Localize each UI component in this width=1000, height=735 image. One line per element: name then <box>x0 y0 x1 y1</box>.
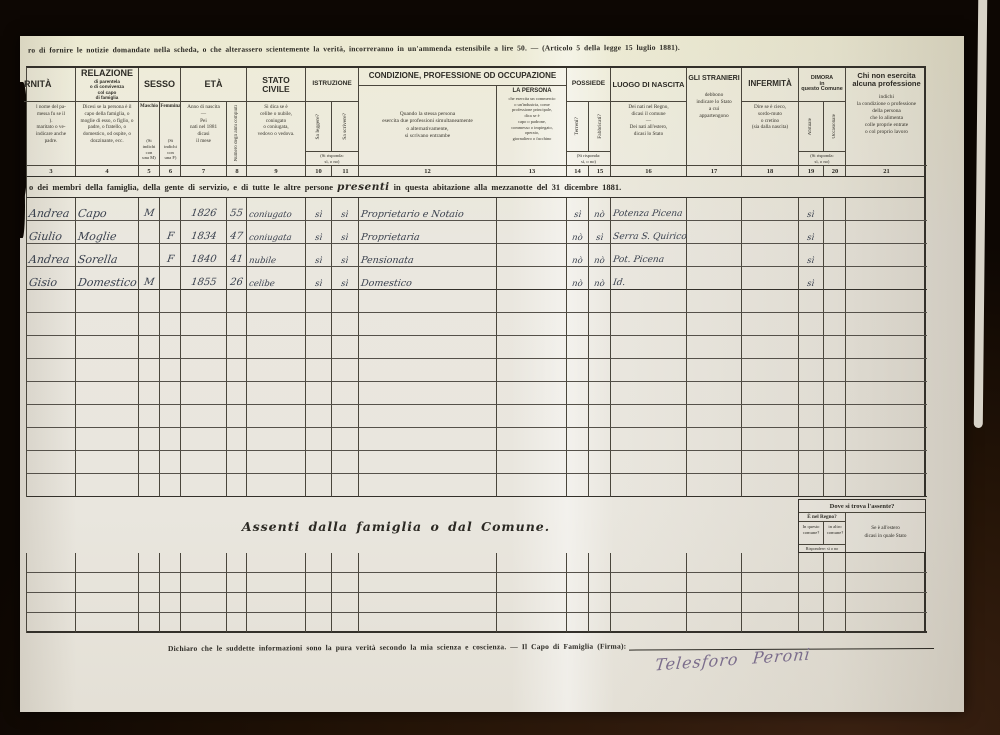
photo-background: { "notice": "ro di fornire le notizie do… <box>0 0 1000 735</box>
cell-professione: Proprietaria <box>359 221 497 244</box>
col-relazione: RELAZIONE di parentela o di convivenza c… <box>76 68 139 176</box>
banner-suffix: in questa abitazione alla mezzanotte del… <box>394 182 622 192</box>
cell-stranieri <box>687 244 742 267</box>
col-eta: ETÀ Anno di nascita — Pei nati nel 1881 … <box>181 68 247 176</box>
table-row-empty <box>27 613 924 633</box>
subcol-maschio: Maschio (Si indichi con una M) <box>139 102 160 165</box>
cell-dimora-occasionale <box>824 221 846 244</box>
assenti-section-header: Assenti dalla famiglia o dal Comune. Dov… <box>26 497 926 553</box>
cell-professione: Pensionata <box>359 244 497 267</box>
empty-rows <box>26 290 926 497</box>
cell-sa-leggere: sì <box>306 244 332 267</box>
cell-paternita: Giulio <box>27 221 76 244</box>
cell-paternita: Gisio <box>27 267 76 290</box>
cell-stranieri <box>687 267 742 290</box>
table-row-empty <box>27 359 924 382</box>
altro-comune-label: in altro comune? <box>824 522 846 544</box>
cell-fabbricati: nò <box>589 267 611 290</box>
cell-relazione: Sorella <box>76 244 139 267</box>
cell-anno: 1826 <box>181 198 227 221</box>
col-number-8: 8 <box>227 166 247 176</box>
col-number-6: 6 <box>160 166 181 176</box>
torn-edge <box>20 174 25 238</box>
regno-question: È nel Regno? <box>799 513 845 522</box>
dove-si-trova-box: Dove si trova l'assente? È nel Regno? In… <box>798 499 926 553</box>
cell-chi-non-esercita <box>846 244 927 267</box>
estero-label: Se è all'estero dicasi in quale Stato <box>846 513 925 552</box>
col-condizione-title: CONDIZIONE, PROFESSIONE OD OCCUPAZIONE <box>359 68 566 86</box>
cell-stato-civile: nubile <box>247 244 306 267</box>
cell-femmina: F <box>160 244 181 267</box>
col-possiede-title: POSSIEDE <box>567 68 610 102</box>
cell-femmina <box>160 198 181 221</box>
col-chi-non-esercita: Chi non esercita alcuna professione indi… <box>846 68 927 176</box>
cell-terreni: nò <box>567 267 589 290</box>
dove-box-title: Dove si trova l'assente? <box>799 500 925 513</box>
cell-paternita: Andrea <box>27 244 76 267</box>
table-row-empty <box>27 451 924 474</box>
col-chi-non-desc: indichi la condizione o professione dell… <box>846 92 927 165</box>
cell-relazione: Domestico <box>76 267 139 290</box>
cell-terreni: nò <box>567 244 589 267</box>
col-number-17: 17 <box>687 165 741 176</box>
cell-maschio: M <box>139 198 160 221</box>
col-number-12: 12 <box>359 166 497 176</box>
col-number-20: 20 <box>824 166 846 176</box>
cell-luogo-nascita: Serra S. Quirico <box>611 221 687 244</box>
assenti-title: Assenti dalla famiglia o dal Comune. <box>231 519 561 534</box>
subcol-abituale: Abituale <box>799 102 824 151</box>
col-number-18: 18 <box>742 165 798 176</box>
cell-anno: 1834 <box>181 221 227 244</box>
cell-paternita: Andrea <box>27 198 76 221</box>
col-infermita: INFERMITÀ Dire se è cieco, sordo-muto o … <box>742 68 799 176</box>
istruzione-note: (Si risponda: sì, o no) <box>306 151 358 165</box>
subcol-anno-nascita: Anno di nascita — Pei nati nel 1881 dica… <box>181 102 227 165</box>
cell-terreni: nò <box>567 221 589 244</box>
subcol-femmina: Femmina (Si indichi con una F) <box>160 102 180 165</box>
col-number-4: 4 <box>76 165 138 176</box>
cell-anno: 1840 <box>181 244 227 267</box>
cell-maschio: M <box>139 267 160 290</box>
family-members-rows: Andrea Capo M 1826 55 coniugato sì sì Pr… <box>26 198 926 290</box>
col-condizione: CONDIZIONE, PROFESSIONE OD OCCUPAZIONE Q… <box>359 68 567 176</box>
cell-chi-non-esercita <box>846 267 927 290</box>
col-luogo-nascita: LUOGO DI NASCITA Dei nati nel Regno, dic… <box>611 68 687 176</box>
col-number-16: 16 <box>611 165 686 176</box>
col-dimora: DIMORA in questo Comune Abituale Occasio… <box>799 68 846 176</box>
subcol-sa-leggere: Sa leggere? <box>306 102 332 151</box>
table-header: RNITÀ l nome del pa- messa fu se il ). m… <box>26 66 926 176</box>
table-row-empty <box>27 553 924 573</box>
cell-femmina <box>160 267 181 290</box>
col-stato-civile: STATO CIVILE Si dica se è celibe o nubil… <box>247 68 306 176</box>
cell-stranieri <box>687 221 742 244</box>
cell-fabbricati: nò <box>589 244 611 267</box>
table-row-empty <box>27 474 924 497</box>
subcol-due-professioni: Quando la stessa persona esercita due pr… <box>359 86 497 165</box>
col-paternita-desc: l nome del pa- messa fu se il ). maritat… <box>27 102 75 165</box>
cell-anni: 47 <box>227 221 247 244</box>
subcol-la-persona: LA PERSONA che esercita un commercio o u… <box>497 86 566 165</box>
table-row-empty <box>27 382 924 405</box>
cell-dimora-abituale: sì <box>799 244 824 267</box>
table-row: Giulio Moglie F 1834 47 coniugata sì sì … <box>27 221 924 244</box>
cell-relazione: Capo <box>76 198 139 221</box>
cell-sa-leggere: sì <box>306 221 332 244</box>
cell-la-persona <box>497 198 567 221</box>
table-row-empty <box>27 313 924 336</box>
assenti-rows <box>26 553 926 633</box>
col-stato-civile-desc: Si dica se è celibe o nubile, coniugato … <box>247 102 305 165</box>
col-infermita-title: INFERMITÀ <box>742 68 798 102</box>
col-eta-title: ETÀ <box>181 68 246 102</box>
col-number-3: 3 <box>27 165 75 176</box>
cell-anno: 1855 <box>181 267 227 290</box>
col-stranieri-desc: debbono indicare lo Stato a cui apparten… <box>687 90 741 165</box>
cell-stato-civile: celibe <box>247 267 306 290</box>
cell-anni: 55 <box>227 198 247 221</box>
col-dimora-title: DIMORA in questo Comune <box>799 68 845 102</box>
questo-comune-label: In questo comune? <box>799 522 824 544</box>
cell-dimora-abituale: sì <box>799 221 824 244</box>
col-stato-civile-title: STATO CIVILE <box>247 68 305 102</box>
table-row: Andrea Sorella F 1840 41 nubile sì sì Pe… <box>27 244 924 267</box>
cell-dimora-occasionale <box>824 267 846 290</box>
subcol-sa-scrivere: Sa scrivere? <box>332 102 358 151</box>
table-row: Gisio Domestico M 1855 26 celibe sì sì D… <box>27 267 924 290</box>
col-number-9: 9 <box>247 165 305 176</box>
cell-luogo-nascita: Potenza Picena <box>611 198 687 221</box>
table-row-empty <box>27 573 924 593</box>
col-relazione-title: RELAZIONE <box>81 69 133 78</box>
cell-sa-scrivere: sì <box>332 198 359 221</box>
subcol-fabbricati: Fabbricati? <box>589 102 610 151</box>
table-row-empty <box>27 336 924 359</box>
subcol-anni-compiuti: Numero degli anni compiuti <box>227 102 246 165</box>
cell-maschio <box>139 221 160 244</box>
cell-dimora-abituale: sì <box>799 198 824 221</box>
cell-infermita <box>742 198 799 221</box>
cell-sa-scrivere: sì <box>332 267 359 290</box>
cell-luogo-nascita: Pot. Picena <box>611 244 687 267</box>
table-row-empty <box>27 428 924 451</box>
cell-sa-scrivere: sì <box>332 221 359 244</box>
presenti-banner: o dei membri della famiglia, della gente… <box>26 176 926 198</box>
cell-terreni: sì <box>567 198 589 221</box>
col-number-10: 10 <box>306 166 332 176</box>
col-luogo-title: LUOGO DI NASCITA <box>611 68 686 102</box>
col-number-5: 5 <box>139 166 160 176</box>
cell-dimora-abituale: sì <box>799 267 824 290</box>
dimora-note: (Si risponda: sì, o no) <box>799 151 845 165</box>
table-row: Andrea Capo M 1826 55 coniugato sì sì Pr… <box>27 198 924 221</box>
col-paternita: RNITÀ l nome del pa- messa fu se il ). m… <box>27 68 76 176</box>
table-row-empty <box>27 290 924 313</box>
cell-sa-scrivere: sì <box>332 244 359 267</box>
table-row-empty <box>27 593 924 613</box>
col-sesso: SESSO Maschio (Si indichi con una M) Fem… <box>139 68 181 176</box>
col-number-19: 19 <box>799 166 824 176</box>
col-chi-non-title: Chi non esercita alcuna professione <box>846 68 927 92</box>
cell-maschio <box>139 244 160 267</box>
col-number-11: 11 <box>332 166 359 176</box>
cell-stato-civile: coniugato <box>247 198 306 221</box>
cell-fabbricati: nò <box>589 198 611 221</box>
table-row-empty <box>27 405 924 428</box>
col-number-14: 14 <box>567 166 589 176</box>
cell-luogo-nascita: Id. <box>611 267 687 290</box>
col-number-7: 7 <box>181 166 227 176</box>
scanner-edge-artifact <box>974 0 987 428</box>
cell-dimora-occasionale <box>824 244 846 267</box>
cell-professione: Domestico <box>359 267 497 290</box>
cell-chi-non-esercita <box>846 221 927 244</box>
cell-sa-leggere: sì <box>306 267 332 290</box>
cell-infermita <box>742 244 799 267</box>
col-istruzione: ISTRUZIONE Sa leggere? Sa scrivere? (Si … <box>306 68 359 176</box>
col-paternita-title: RNITÀ <box>24 68 75 102</box>
col-number-15: 15 <box>589 166 611 176</box>
banner-presenti: presenti <box>337 181 390 193</box>
cell-dimora-occasionale <box>824 198 846 221</box>
cell-chi-non-esercita <box>846 198 927 221</box>
legal-notice: ro di fornire le notizie domandate nella… <box>28 42 784 54</box>
cell-la-persona <box>497 267 567 290</box>
rispondere-note: Rispondere: sì o no <box>799 544 845 552</box>
cell-stato-civile: coniugata <box>247 221 306 244</box>
col-stranieri-title: GLI STRANIERI <box>687 68 741 90</box>
col-luogo-desc: Dei nati nel Regno, dicasi il comune — D… <box>611 102 686 165</box>
cell-fabbricati: sì <box>589 221 611 244</box>
col-istruzione-title: ISTRUZIONE <box>306 68 358 102</box>
cell-sa-leggere: sì <box>306 198 332 221</box>
col-number-21: 21 <box>846 165 927 176</box>
cell-stranieri <box>687 198 742 221</box>
cell-infermita <box>742 221 799 244</box>
cell-professione: Proprietario e Notaio <box>359 198 497 221</box>
cell-anni: 41 <box>227 244 247 267</box>
cell-la-persona <box>497 221 567 244</box>
cell-femmina: F <box>160 221 181 244</box>
subcol-terreni: Terreni? <box>567 102 589 151</box>
col-stranieri: GLI STRANIERI debbono indicare lo Stato … <box>687 68 742 176</box>
col-number-13: 13 <box>497 166 567 176</box>
subcol-occasionale: Occasionale <box>824 102 845 151</box>
census-table: RNITÀ l nome del pa- messa fu se il ). m… <box>26 66 926 633</box>
col-infermita-desc: Dire se è cieco, sordo-muto o cretino (s… <box>742 102 798 165</box>
cell-relazione: Moglie <box>76 221 139 244</box>
col-sesso-title: SESSO <box>139 68 180 102</box>
cell-infermita <box>742 267 799 290</box>
col-relazione-desc: Dicesi se la persona è il capo della fam… <box>76 102 138 165</box>
census-form-sheet: ro di fornire le notizie domandate nella… <box>20 36 964 712</box>
cell-la-persona <box>497 244 567 267</box>
banner-prefix: o dei membri della famiglia, della gente… <box>29 182 333 192</box>
col-relazione-subtitle: di parentela o di convivenza col capo di… <box>90 79 124 100</box>
possiede-note: (Si risponda: sì, o no) <box>567 151 610 165</box>
cell-anni: 26 <box>227 267 247 290</box>
col-possiede: POSSIEDE Terreni? Fabbricati? (Si rispon… <box>567 68 611 176</box>
